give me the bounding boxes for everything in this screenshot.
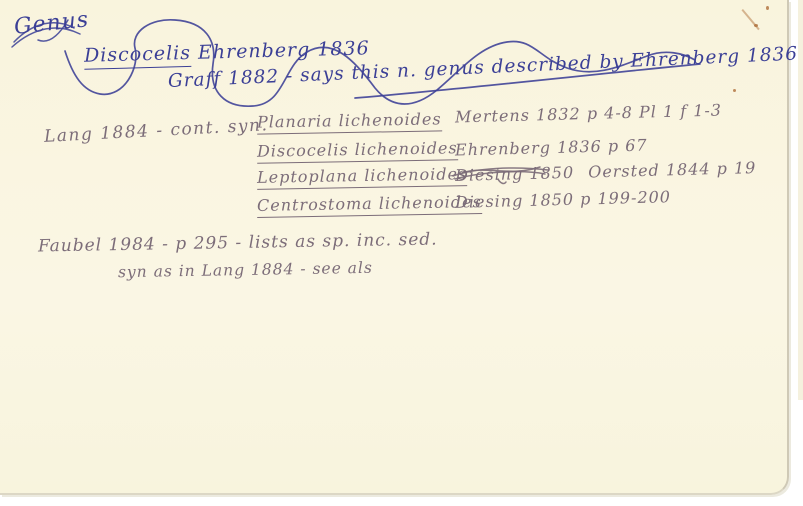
species-name: Leptoplana lichenoides <box>257 165 467 186</box>
adjacent-card-sliver <box>798 0 803 400</box>
genus-title-line: Discocelis Ehrenberg 1836 <box>84 38 370 66</box>
index-card: Genus Discocelis Ehrenberg 1836 Graff 18… <box>0 0 789 495</box>
stain-speck <box>766 6 769 10</box>
struck-citation: Diesing 1850 <box>455 164 575 185</box>
citation: Ehrenberg 1836 p 67 <box>455 136 648 159</box>
genus-name: Discocelis <box>84 42 192 70</box>
scratch-mark <box>742 9 760 30</box>
citation: Diesing 1850 Oersted 1844 p 19 <box>455 159 757 184</box>
genus-author: Ehrenberg 1836 <box>198 37 370 63</box>
faubel-note: Faubel 1984 - p 295 - lists as sp. inc. … <box>38 231 438 257</box>
species-name: Centrostoma lichenoides <box>257 193 482 215</box>
citation: Diesing 1850 p 199-200 <box>455 188 671 211</box>
stain-speck <box>733 89 736 92</box>
species-name: Discocelis lichenoides <box>257 139 458 160</box>
species-name: Planaria lichenoides <box>257 110 442 131</box>
synonymy-footnote: syn as in Lang 1884 - see als <box>118 260 373 281</box>
citation: Mertens 1832 p 4-8 Pl 1 f 1-3 <box>455 102 722 127</box>
genus-label: Genus <box>13 8 90 40</box>
synonymy-source-label: Lang 1884 - cont. syn. <box>44 116 269 146</box>
